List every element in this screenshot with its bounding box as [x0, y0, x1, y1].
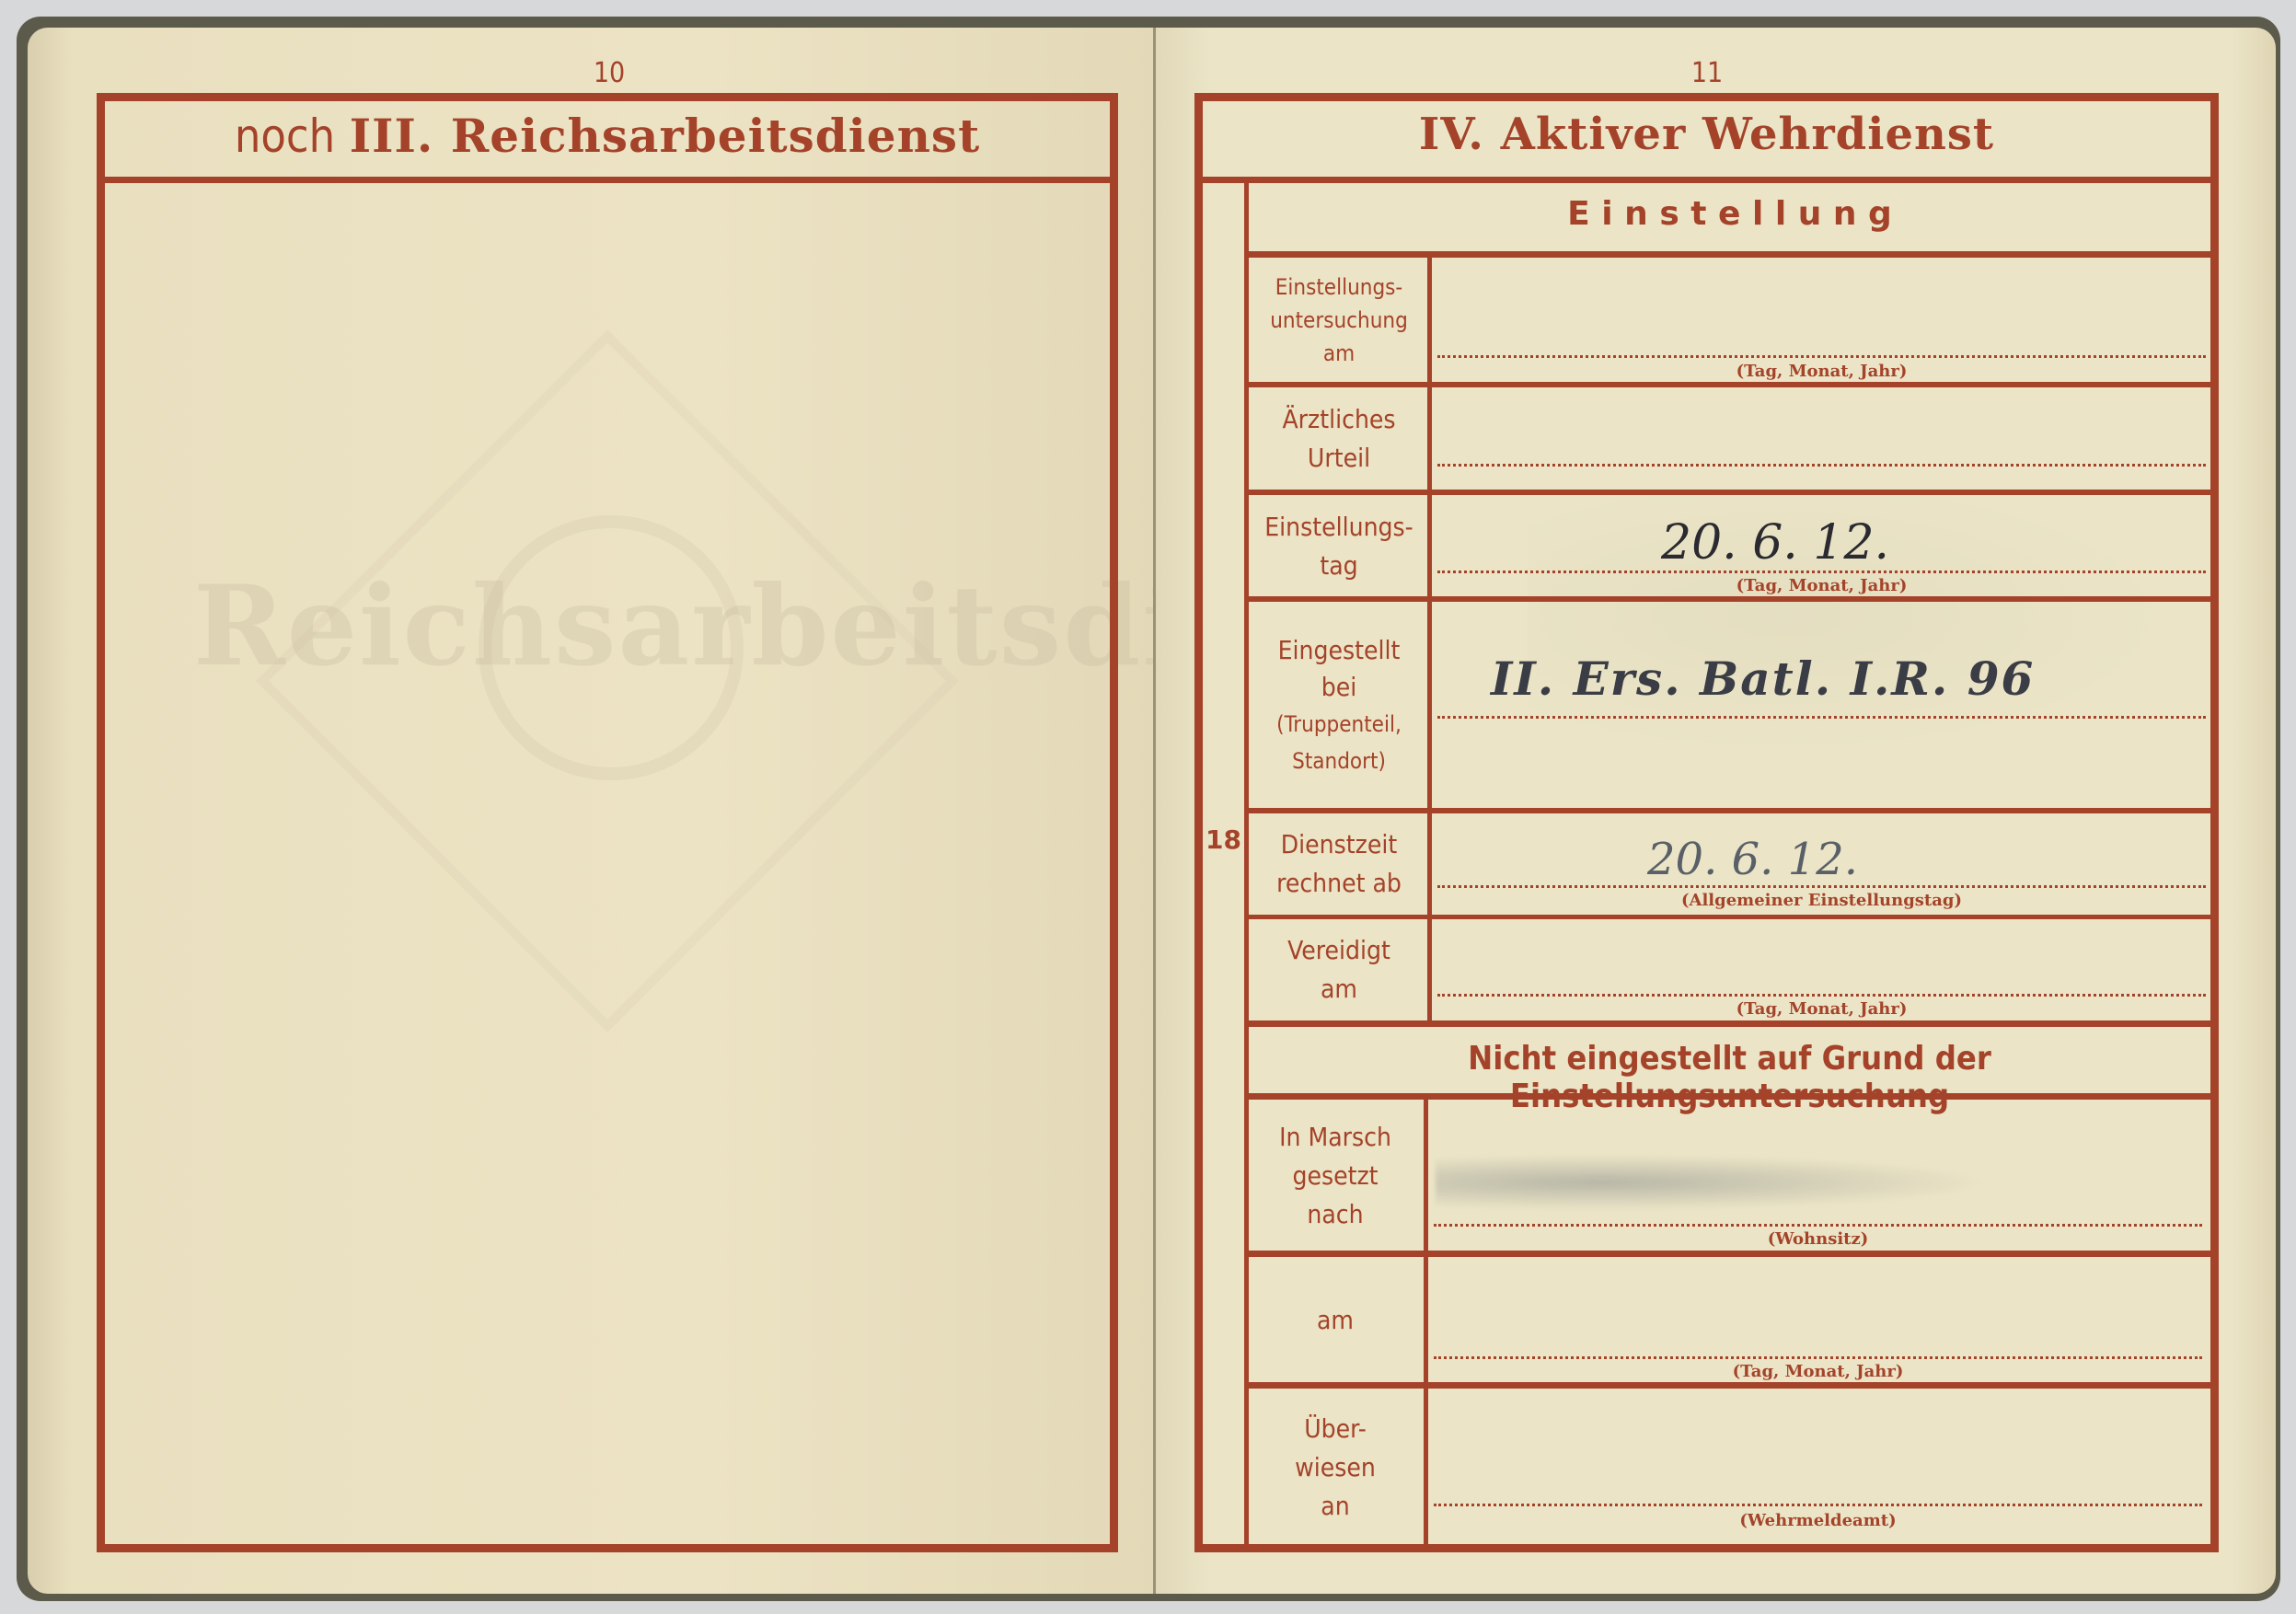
label-dienstzeit: Dienstzeit rechnet ab [1252, 813, 1426, 915]
section-title-einstellung: E i n s t e l l u n g [1249, 195, 2210, 233]
label-vereidigt: Vereidigt am [1252, 919, 1426, 1020]
header-prefix: noch [235, 110, 335, 163]
left-header-divider [97, 177, 1118, 183]
field-wohnsitz[interactable] [1434, 1224, 2202, 1227]
caption-date: (Tag, Monat, Jahr) [1437, 362, 2206, 381]
header-title: IV. Aktiver Wehrdienst [1419, 109, 1994, 160]
caption-wohnsitz: (Wohnsitz) [1434, 1229, 2202, 1249]
caption-date: (Tag, Monat, Jahr) [1437, 576, 2206, 595]
row-divider [1244, 1093, 2219, 1100]
page-number-left: 10 [572, 57, 646, 89]
caption-allgemeiner-einstellungstag: (Allgemeiner Einstellungstag) [1437, 891, 2206, 910]
field-am-date[interactable] [1434, 1356, 2202, 1359]
left-page-frame [97, 93, 1118, 1552]
left-page-header: noch III. Reichsarbeitsdienst [105, 109, 1110, 163]
label-einstellungsuntersuchung: Einstellungs- untersuchung am [1252, 258, 1426, 382]
label-aerztliches-urteil: Ärztliches Urteil [1252, 387, 1426, 490]
label-am: am [1248, 1257, 1423, 1384]
row-divider [1244, 1382, 2219, 1389]
label-ueberwiesen: Über- wiesen an [1248, 1389, 1423, 1547]
label-einstellungstag: Einstellungs- tag [1252, 495, 1426, 598]
field-einstellungstag[interactable] [1437, 571, 2206, 573]
row-divider [1244, 1251, 2219, 1257]
book-spine [1153, 28, 1156, 1594]
faded-handwriting-wohnsitz [1436, 1155, 1988, 1210]
section-divider [1244, 251, 2219, 258]
field-vereidigt[interactable] [1437, 994, 2206, 997]
field-einstellungsuntersuchung[interactable] [1437, 355, 2206, 358]
field-truppenteil[interactable] [1437, 716, 2206, 719]
label-in-marsch: In Marsch gesetzt nach [1248, 1100, 1423, 1251]
handwritten-einstellungstag[interactable]: 20. 6. 12. [1661, 515, 1889, 571]
field-aerztliches-urteil[interactable] [1437, 464, 2206, 467]
field-dienstzeit[interactable] [1437, 885, 2206, 888]
caption-wehrmeldeamt: (Wehrmeldeamt) [1434, 1511, 2202, 1530]
caption-date: (Tag, Monat, Jahr) [1437, 999, 2206, 1019]
label-column-divider [1427, 255, 1432, 1021]
header-title: III. Reichsarbeitsdienst [350, 109, 980, 163]
handwritten-truppenteil[interactable]: II. Ers. Batl. I.R. 96 [1491, 651, 2035, 706]
page-number-right: 11 [1670, 57, 1744, 89]
right-page-header: IV. Aktiver Wehrdienst [1203, 109, 2210, 160]
label-column-divider-2 [1424, 1098, 1428, 1549]
handwritten-dienstzeit[interactable]: 20. 6. 12. [1647, 834, 1858, 885]
label-eingestellt-bei: Eingestellt bei (Truppenteil, Standort) [1252, 602, 1426, 810]
field-wehrmeldeamt[interactable] [1434, 1504, 2202, 1506]
right-header-divider [1194, 177, 2219, 183]
row-divider [1244, 1020, 2219, 1027]
side-number: 18 [1203, 824, 1244, 855]
caption-date: (Tag, Monat, Jahr) [1434, 1362, 2202, 1381]
